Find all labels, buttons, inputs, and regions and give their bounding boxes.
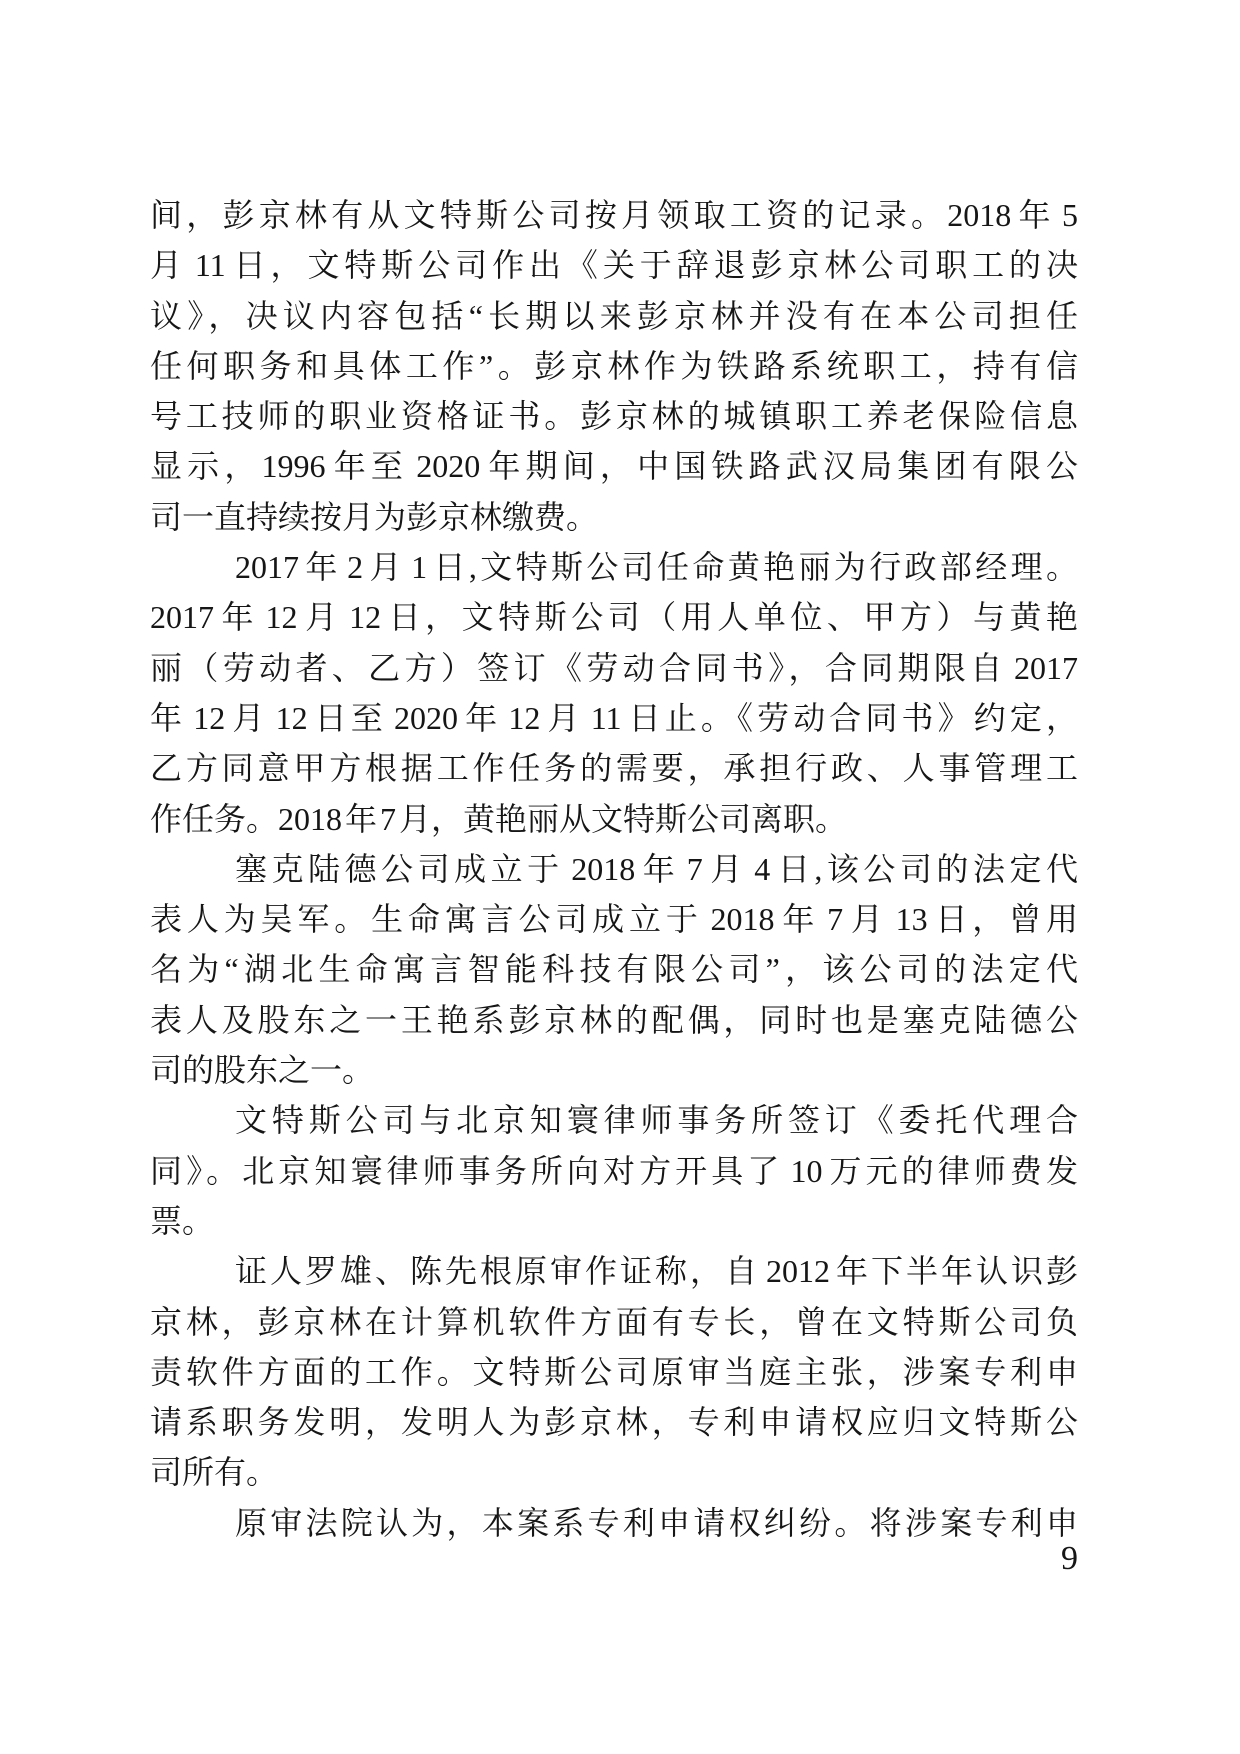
text-line: 丽（劳动者、乙方）签订《劳动合同书》，合同期限自 2017 <box>150 643 1078 693</box>
document-body: 间，彭京林有从文特斯公司按月领取工资的记录。2018 年 5月 11 日，文特斯… <box>150 190 1078 1548</box>
text-line: 任何职务和具体工作”。彭京林作为铁路系统职工，持有信 <box>150 341 1078 391</box>
document-page: 间，彭京林有从文特斯公司按月领取工资的记录。2018 年 5月 11 日，文特斯… <box>0 0 1240 1754</box>
text-line: 号工技师的职业资格证书。彭京林的城镇职工养老保险信息 <box>150 391 1078 441</box>
text-line: 票。 <box>150 1196 1078 1246</box>
text-line: 司所有。 <box>150 1447 1078 1497</box>
text-line: 塞克陆德公司成立于 2018 年 7 月 4 日,该公司的法定代 <box>150 844 1078 894</box>
text-line: 月 11 日，文特斯公司作出《关于辞退彭京林公司职工的决 <box>150 240 1078 290</box>
text-line: 间，彭京林有从文特斯公司按月领取工资的记录。2018 年 5 <box>150 190 1078 240</box>
text-line: 显示，1996 年至 2020 年期间，中国铁路武汉局集团有限公 <box>150 441 1078 491</box>
text-line: 2017 年 2 月 1 日,文特斯公司任命黄艳丽为行政部经理。 <box>150 542 1078 592</box>
text-line: 司的股东之一。 <box>150 1045 1078 1095</box>
text-line: 表人为吴军。生命寓言公司成立于 2018 年 7 月 13 日，曾用 <box>150 894 1078 944</box>
text-line: 议》，决议内容包括“长期以来彭京林并没有在本公司担任 <box>150 291 1078 341</box>
text-line: 名为“湖北生命寓言智能科技有限公司”，该公司的法定代 <box>150 944 1078 994</box>
text-line: 乙方同意甲方根据工作任务的需要，承担行政、人事管理工 <box>150 743 1078 793</box>
page-number: 9 <box>150 1536 1078 1582</box>
text-line: 表人及股东之一王艳系彭京林的配偶，同时也是塞克陆德公 <box>150 995 1078 1045</box>
text-line: 司一直持续按月为彭京林缴费。 <box>150 492 1078 542</box>
text-line: 文特斯公司与北京知寰律师事务所签订《委托代理合 <box>150 1095 1078 1145</box>
text-line: 证人罗雄、陈先根原审作证称，自 2012 年下半年认识彭 <box>150 1246 1078 1296</box>
text-line: 责软件方面的工作。文特斯公司原审当庭主张，涉案专利申 <box>150 1347 1078 1397</box>
text-line: 京林，彭京林在计算机软件方面有专长，曾在文特斯公司负 <box>150 1297 1078 1347</box>
text-line: 请系职务发明，发明人为彭京林，专利申请权应归文特斯公 <box>150 1397 1078 1447</box>
text-line: 同》。北京知寰律师事务所向对方开具了 10 万元的律师费发 <box>150 1146 1078 1196</box>
text-line: 作任务。2018 年 7 月，黄艳丽从文特斯公司离职。 <box>150 794 1078 844</box>
text-line: 年 12 月 12 日至 2020 年 12 月 11 日止。《劳动合同书》约定… <box>150 693 1078 743</box>
text-line: 2017 年 12 月 12 日，文特斯公司（用人单位、甲方）与黄艳 <box>150 592 1078 642</box>
